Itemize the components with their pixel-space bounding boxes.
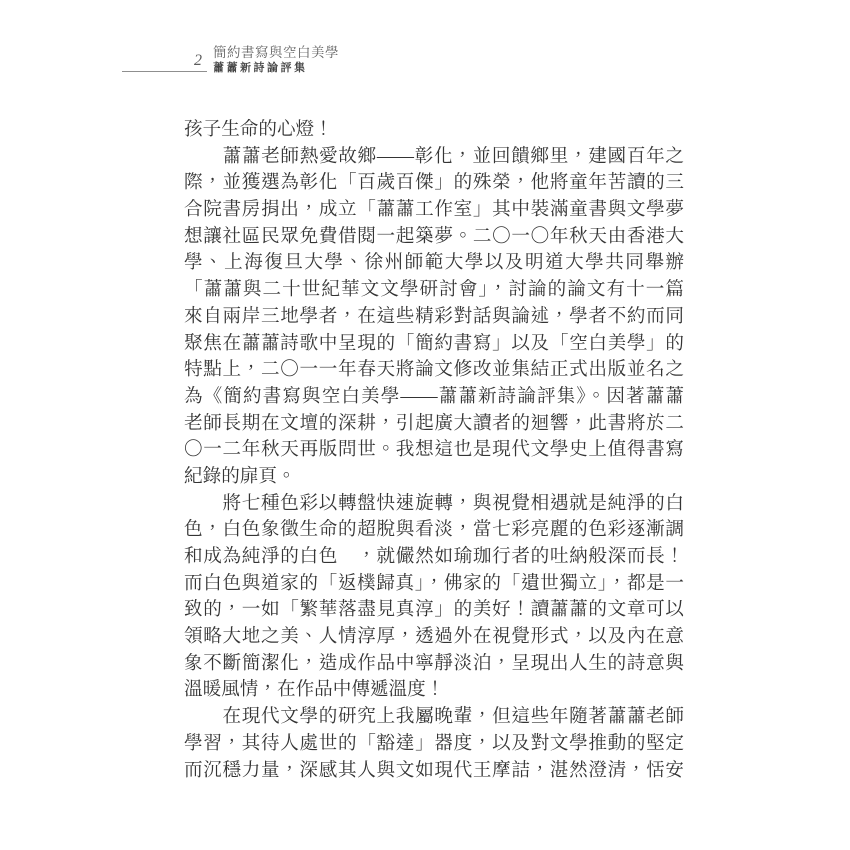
text-line: 來自兩岸三地學者，在這些精彩對話與論述，學者不約而同 <box>184 304 684 331</box>
text-line: 學習，其待人處世的「豁達」器度，以及對文學推動的堅定 <box>184 731 684 758</box>
body-text: 孩子生命的心燈！ 蕭蕭老師熱愛故鄉——彰化，並回饋鄉里，建國百年之際，並獲選為彰… <box>184 117 684 784</box>
header-rule <box>122 71 207 72</box>
text-line: 〇一二年秋天再版問世。我想這也是現代文學史上值得書寫 <box>184 437 684 464</box>
text-line: 色，白色象徵生命的超脫與看淡，當七彩亮麗的色彩逐漸調 <box>184 517 684 544</box>
text-line: 而白色與道家的「返樸歸真」，佛家的「遺世獨立」，都是一 <box>184 571 684 598</box>
text-line: 象不斷簡潔化，造成作品中寧靜淡泊，呈現出人生的詩意與 <box>184 651 684 678</box>
text-line: 蕭蕭老師熱愛故鄉——彰化，並回饋鄉里，建國百年之 <box>184 144 684 171</box>
running-header: 簡約書寫與空白美學 蕭蕭新詩論評集 <box>213 45 339 75</box>
running-subtitle: 蕭蕭新詩論評集 <box>213 62 339 75</box>
text-line: 際，並獲選為彰化「百歲百傑」的殊榮，他將童年苦讀的三 <box>184 170 684 197</box>
text-line: 聚焦在蕭蕭詩歌中呈現的「簡約書寫」以及「空白美學」的 <box>184 331 684 358</box>
text-line: 和成為純淨的白色 ，就儼然如瑜珈行者的吐納般深而長！ <box>184 544 684 571</box>
text-line: 學、上海復旦大學、徐州師範大學以及明道大學共同舉辦 <box>184 250 684 277</box>
text-line: 為《簡約書寫與空白美學——蕭蕭新詩論評集》。因著蕭蕭 <box>184 384 684 411</box>
text-line: 在現代文學的研究上我屬晚輩，但這些年隨著蕭蕭老師 <box>184 704 684 731</box>
text-line: 溫暖風情，在作品中傳遞溫度！ <box>184 677 684 704</box>
text-line: 領略大地之美、人情淳厚，透過外在視覺形式，以及內在意 <box>184 624 684 651</box>
text-line: 老師長期在文壇的深耕，引起廣大讀者的迴響，此書將於二 <box>184 411 684 438</box>
text-line: 而沉穩力量，深感其人與文如現代王摩詰，湛然澄清，恬安 <box>184 758 684 785</box>
text-line: 想讓社區民眾免費借閱一起築夢。二〇一〇年秋天由香港大 <box>184 224 684 251</box>
page-number: 2 <box>194 52 202 70</box>
text-line: 合院書房捐出，成立「蕭蕭工作室」其中裝滿童書與文學夢 <box>184 197 684 224</box>
text-line: 特點上，二〇一一年春天將論文修改並集結正式出版並名之 <box>184 357 684 384</box>
running-title: 簡約書寫與空白美學 <box>213 45 339 60</box>
text-line: 「蕭蕭與二十世紀華文文學研討會」，討論的論文有十一篇 <box>184 277 684 304</box>
book-page: 2 簡約書寫與空白美學 蕭蕭新詩論評集 孩子生命的心燈！ 蕭蕭老師熱愛故鄉——彰… <box>0 0 850 850</box>
text-line: 孩子生命的心燈！ <box>184 117 684 144</box>
text-line: 致的，一如「繁華落盡見真淳」的美好！讀蕭蕭的文章可以 <box>184 597 684 624</box>
text-line: 將七種色彩以轉盤快速旋轉，與視覺相遇就是純淨的白 <box>184 491 684 518</box>
text-line: 紀錄的扉頁。 <box>184 464 684 491</box>
